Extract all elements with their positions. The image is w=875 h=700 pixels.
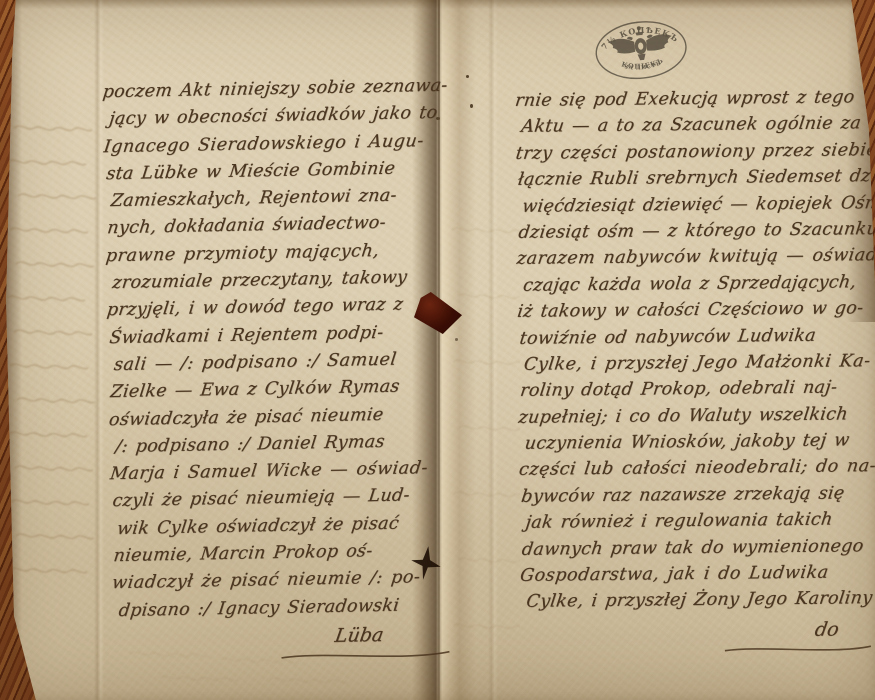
document-sheet: 7½ КОПѢЕКЪ КОПІЕКЪ ЗА ЛИСТЪ poczem Akt n…: [0, 0, 875, 700]
paper-vignette: [0, 0, 875, 700]
photograph-of-manuscript: 7½ КОПѢЕКЪ КОПІЕКЪ ЗА ЛИСТЪ poczem Akt n…: [0, 0, 875, 700]
